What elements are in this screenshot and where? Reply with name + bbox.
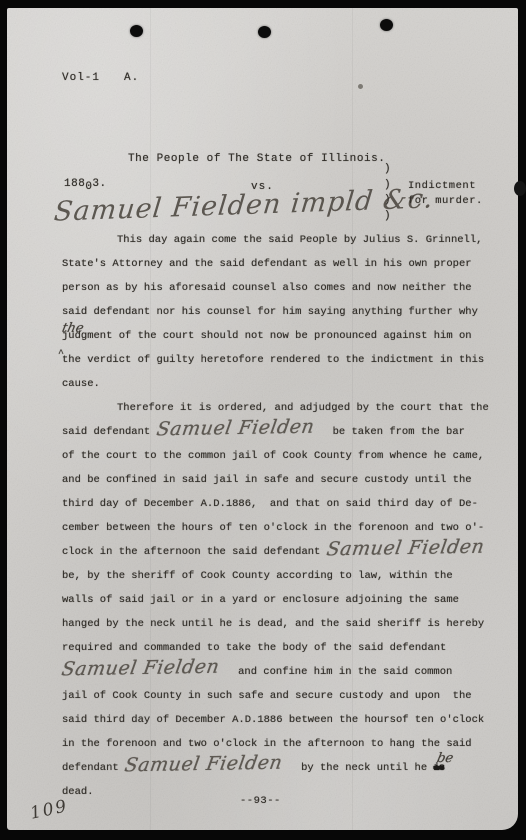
document-body: This day again come the said People by J…: [62, 228, 489, 804]
document-line: cause.: [62, 372, 489, 396]
document-line: third day of December A.D.1886, and that…: [62, 492, 489, 516]
document-line: walls of said jail or in a yard or enclo…: [62, 588, 489, 612]
typed-text: hanged by the neck until he is dead, and…: [62, 618, 484, 630]
typed-text: said third day of December A.D.1886 betw…: [62, 714, 484, 726]
typed-text: Therefore it is ordered, and adjudged by…: [117, 402, 489, 414]
typed-text: clock in the afternoon the said defendan…: [62, 546, 327, 558]
charge-line-2: for murder.: [408, 194, 483, 209]
typed-text: the verdict of guilty heretofore rendere…: [62, 354, 484, 366]
typed-text: required and commanded to take the body …: [62, 642, 446, 654]
document-line: defendant Samuel Fielden by the neck unt…: [62, 756, 489, 780]
folio-number-handwritten: 109: [28, 796, 70, 824]
document-line: said defendant nor his counsel for him s…: [62, 300, 489, 324]
typed-text: person as by his aforesaid counsel also …: [62, 282, 472, 294]
document-line: the^judgment of the court should not now…: [62, 324, 489, 348]
typed-text: in the forenoon and two o'clock in the a…: [62, 738, 472, 750]
typed-text: be, by the sheriff of Cook County accord…: [62, 570, 453, 582]
document-line: person as by his aforesaid counsel also …: [62, 276, 489, 300]
typed-text: third day of December A.D.1886, and that…: [62, 498, 478, 510]
document-line: be, by the sheriff of Cook County accord…: [62, 564, 489, 588]
document-line: This day again come the said People by J…: [62, 228, 489, 252]
document-line: clock in the afternoon the said defendan…: [62, 540, 489, 564]
typed-text: This day again come the said People by J…: [117, 234, 482, 246]
typed-text: be taken from the bar: [314, 426, 465, 438]
handwritten-name: Samuel Fielden: [61, 662, 220, 675]
volume-number: Vol-1: [62, 72, 100, 84]
case-title: The People of The State of Illinois.: [128, 153, 385, 165]
struck-word-correction: isbe: [433, 762, 444, 774]
document-line: the verdict of guilty heretofore rendere…: [62, 348, 489, 372]
case-number: 18803.: [64, 178, 107, 190]
typed-text: said defendant nor his counsel for him s…: [62, 306, 478, 318]
document-line: of the court to the common jail of Cook …: [62, 444, 489, 468]
document-line: Samuel Fielden and confine him in the sa…: [62, 660, 489, 684]
typed-text: and be confined in said jail in safe and…: [62, 474, 472, 486]
volume-label: Vol-1 A.: [62, 72, 139, 84]
document-line: and be confined in said jail in safe and…: [62, 468, 489, 492]
charge-label: Indictment for murder.: [408, 179, 483, 208]
document-line: State's Attorney and the said defendant …: [62, 252, 489, 276]
typed-text: dead.: [62, 786, 94, 798]
typed-text: judgment of the court should not now be …: [62, 330, 472, 342]
defendant-name-handwritten: Samuel Fielden impld &c.: [52, 183, 435, 227]
handwritten-name: Samuel Fielden: [326, 542, 485, 555]
document-line: said defendant Samuel Fielden be taken f…: [62, 420, 489, 444]
handwritten-name: Samuel Fielden: [155, 422, 314, 435]
typed-text: State's Attorney and the said defendant …: [62, 258, 472, 270]
page-number: --93--: [240, 795, 281, 807]
volume-section: A.: [124, 72, 139, 84]
document-line: jail of Cook County in such safe and sec…: [62, 684, 489, 708]
typed-text: defendant: [62, 762, 125, 774]
document-line: said third day of December A.D.1886 betw…: [62, 708, 489, 732]
document-line: hanged by the neck until he is dead, and…: [62, 612, 489, 636]
typed-text: by the neck until he: [282, 762, 433, 774]
bracket-column: )))): [384, 162, 391, 224]
typed-text: and confine him in the said common: [219, 666, 452, 678]
typed-text: walls of said jail or in a yard or enclo…: [62, 594, 459, 606]
typed-text: cause.: [62, 378, 100, 390]
charge-line-1: Indictment: [408, 179, 483, 194]
typed-text: of the court to the common jail of Cook …: [62, 450, 484, 462]
typed-text: jail of Cook County in such safe and sec…: [62, 690, 472, 702]
typed-text: said defendant: [62, 426, 157, 438]
scanned-page: Vol-1 A. The People of The State of Illi…: [0, 0, 526, 840]
handwritten-name: Samuel Fielden: [124, 758, 283, 771]
typed-text: cember between the hours of ten o'clock …: [62, 522, 484, 534]
